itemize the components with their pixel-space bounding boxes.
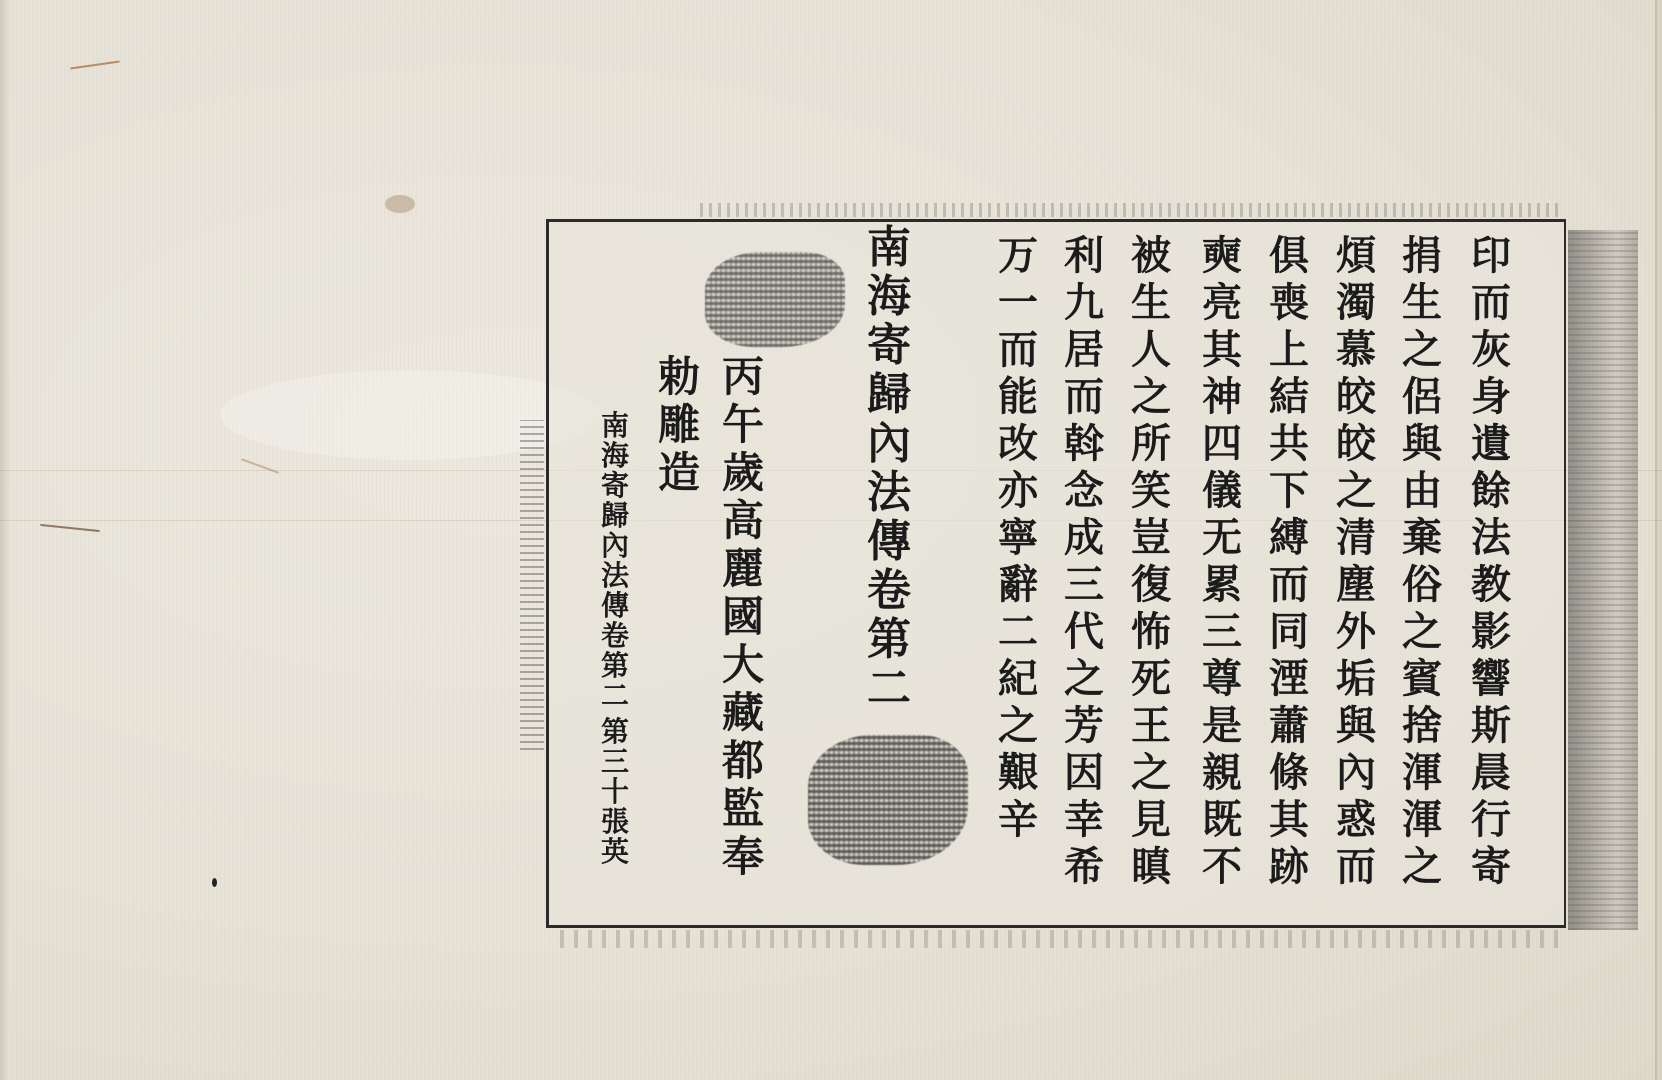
glyph: 國 [722,596,764,644]
glyph: 万 [998,236,1038,283]
glyph: 王 [1131,706,1171,753]
glyph: 之 [1402,847,1442,894]
glyph: 渾 [1402,800,1442,847]
glyph: 上 [1269,330,1309,377]
glyph: 大 [722,644,764,692]
glyph: 丙 [722,356,764,404]
glyph: 亦 [998,471,1038,518]
glyph: 條 [1269,753,1309,800]
glyph: 代 [1064,612,1104,659]
glyph: 響 [1471,659,1511,706]
glyph: 歸 [601,502,629,532]
glyph: 儀 [1202,471,1242,518]
glyph: 尊 [1202,659,1242,706]
glyph: 紀 [998,659,1038,706]
glyph: 能 [998,377,1038,424]
glyph: 芳 [1064,706,1104,753]
glyph: 復 [1131,565,1171,612]
glyph: 寄 [601,472,629,502]
glyph: 人 [1131,330,1171,377]
glyph: 二 [998,612,1038,659]
glyph: 南 [601,412,629,442]
glyph: 之 [1402,330,1442,377]
page-left-edge [0,0,10,1080]
glyph: 居 [1064,330,1104,377]
glyph: 教 [1471,565,1511,612]
glyph: 跡 [1269,847,1309,894]
glyph: 捨 [1402,706,1442,753]
glyph: 俗 [1402,565,1442,612]
glyph: 海 [867,275,911,324]
colophon-line-1: 丙午歲高麗國大藏都監奉 [722,356,764,884]
glyph: 慕 [1336,330,1376,377]
glyph: 喪 [1269,283,1309,330]
glyph: 煩 [1336,236,1376,283]
glyph: 三 [601,748,629,778]
glyph: 笑 [1131,471,1171,518]
glyph: 印 [1471,236,1511,283]
glyph: 見 [1131,800,1171,847]
glyph: 而 [1471,283,1511,330]
glyph: 餘 [1471,471,1511,518]
glyph: 斯 [1471,706,1511,753]
glyph: 內 [601,532,629,562]
glyph: 傳 [867,520,911,569]
glyph: 之 [998,706,1038,753]
frame-bottom-smudge [560,930,1560,948]
glyph: 第 [867,618,911,667]
glyph: 惑 [1336,800,1376,847]
text-column-2: 捐生之侶與由棄俗之賓捨渾渾之 [1402,236,1442,894]
glyph: 內 [867,422,911,471]
glyph: 都 [722,740,764,788]
text-column-6: 被生人之所笑豈復怖死王之見瞋 [1131,236,1171,894]
glyph: 改 [998,424,1038,471]
glyph: 生 [1131,283,1171,330]
glyph: 而 [1269,565,1309,612]
margin-label-title: 南海寄歸內法傳卷第二 [601,412,629,712]
glyph: 而 [998,330,1038,377]
glyph: 辭 [998,565,1038,612]
glyph: 外 [1336,612,1376,659]
glyph: 親 [1202,753,1242,800]
glyph: 法 [601,562,629,592]
glyph: 晨 [1471,753,1511,800]
glyph: 豈 [1131,518,1171,565]
glyph: 成 [1064,518,1104,565]
glyph: 身 [1471,377,1511,424]
text-column-7: 利九居而斡念成三代之芳因幸希 [1064,236,1104,894]
glyph: 辛 [998,800,1038,847]
glyph: 而 [1064,377,1104,424]
text-column-8: 万一而能改亦寧辭二紀之艱辛 [998,236,1038,847]
glyph: 湮 [1269,659,1309,706]
glyph: 垢 [1336,659,1376,706]
glyph: 賓 [1402,659,1442,706]
glyph: 四 [1202,424,1242,471]
glyph: 十 [601,778,629,808]
glyph: 斡 [1064,424,1104,471]
adjacent-leaf-edge [1657,0,1662,1080]
right-margin-ink-smudge [1568,230,1638,930]
glyph: 死 [1131,659,1171,706]
glyph: 法 [1471,518,1511,565]
glyph: 雕 [658,404,700,452]
glyph: 第 [601,652,629,682]
glyph: 二 [867,667,911,716]
text-column-1: 印而灰身遺餘法教影響斯晨行寄 [1471,236,1511,894]
glyph: 幸 [1064,800,1104,847]
glyph: 寄 [1471,847,1511,894]
glyph: 捐 [1402,236,1442,283]
glyph: 其 [1202,330,1242,377]
glyph: 无 [1202,518,1242,565]
glyph: 結 [1269,377,1309,424]
glyph: 共 [1269,424,1309,471]
glyph: 造 [658,452,700,500]
glyph: 奭 [1202,236,1242,283]
glyph: 歲 [722,452,764,500]
glyph: 勅 [658,356,700,404]
glyph: 同 [1269,612,1309,659]
glyph: 二 [601,682,629,712]
glyph: 怖 [1131,612,1171,659]
glyph: 下 [1269,471,1309,518]
glyph: 之 [1336,471,1376,518]
left-margin-ink-smudge [520,420,544,750]
margin-label-carver: 英 [601,838,629,868]
glyph: 與 [1336,706,1376,753]
glyph: 由 [1402,471,1442,518]
glyph: 藏 [722,692,764,740]
margin-label-leaf-number: 第三十張 [601,718,629,838]
glyph: 皎 [1336,424,1376,471]
glyph: 寄 [867,324,911,373]
glyph: 三 [1202,612,1242,659]
glyph: 與 [1402,424,1442,471]
glyph: 英 [601,838,629,868]
glyph: 棄 [1402,518,1442,565]
glyph: 利 [1064,236,1104,283]
glyph: 累 [1202,565,1242,612]
glyph: 瞋 [1131,847,1171,894]
glyph: 法 [867,471,911,520]
glyph: 侶 [1402,377,1442,424]
glyph: 而 [1336,847,1376,894]
glyph: 內 [1336,753,1376,800]
glyph: 亮 [1202,283,1242,330]
glyph: 之 [1131,753,1171,800]
ink-dot [212,878,217,887]
glyph: 皎 [1336,377,1376,424]
glyph: 卷 [867,569,911,618]
text-column-3: 煩濁慕皎皎之清塵外垢與內惑而 [1336,236,1376,894]
glyph: 不 [1202,847,1242,894]
glyph: 南 [867,226,911,275]
glyph: 其 [1269,800,1309,847]
glyph: 遺 [1471,424,1511,471]
text-column-5: 奭亮其神四儀无累三尊是親既不 [1202,236,1242,894]
glyph: 渾 [1402,753,1442,800]
glyph: 高 [722,500,764,548]
glyph: 之 [1064,659,1104,706]
paper-stain [385,195,415,213]
colophon-line-2: 勅雕造 [658,356,700,500]
glyph: 是 [1202,706,1242,753]
frame-top-smudge [700,203,1560,217]
text-column-4: 俱喪上結共下縛而同湮蕭條其跡 [1269,236,1309,894]
glyph: 九 [1064,283,1104,330]
glyph: 卷 [601,622,629,652]
glyph: 灰 [1471,330,1511,377]
worn-block-ink-blot [705,252,845,347]
glyph: 一 [998,283,1038,330]
glyph: 所 [1131,424,1171,471]
glyph: 三 [1064,565,1104,612]
glyph: 監 [722,788,764,836]
glyph: 被 [1131,236,1171,283]
glyph: 傳 [601,592,629,622]
glyph: 塵 [1336,565,1376,612]
glyph: 生 [1402,283,1442,330]
glyph: 第 [601,718,629,748]
glyph: 午 [722,404,764,452]
glyph: 之 [1402,612,1442,659]
glyph: 因 [1064,753,1104,800]
glyph: 奉 [722,836,764,884]
glyph: 寧 [998,518,1038,565]
glyph: 張 [601,808,629,838]
glyph: 濁 [1336,283,1376,330]
glyph: 之 [1131,377,1171,424]
glyph: 歸 [867,373,911,422]
worn-block-ink-blot [808,735,968,865]
glyph: 念 [1064,471,1104,518]
glyph: 海 [601,442,629,472]
glyph: 縛 [1269,518,1309,565]
fascicle-title-column: 南海寄歸內法傳卷第二 [867,226,911,716]
glyph: 希 [1064,847,1104,894]
glyph: 神 [1202,377,1242,424]
glyph: 俱 [1269,236,1309,283]
glyph: 艱 [998,753,1038,800]
glyph: 清 [1336,518,1376,565]
glyph: 既 [1202,800,1242,847]
glyph: 麗 [722,548,764,596]
glyph: 影 [1471,612,1511,659]
glyph: 蕭 [1269,706,1309,753]
glyph: 行 [1471,800,1511,847]
